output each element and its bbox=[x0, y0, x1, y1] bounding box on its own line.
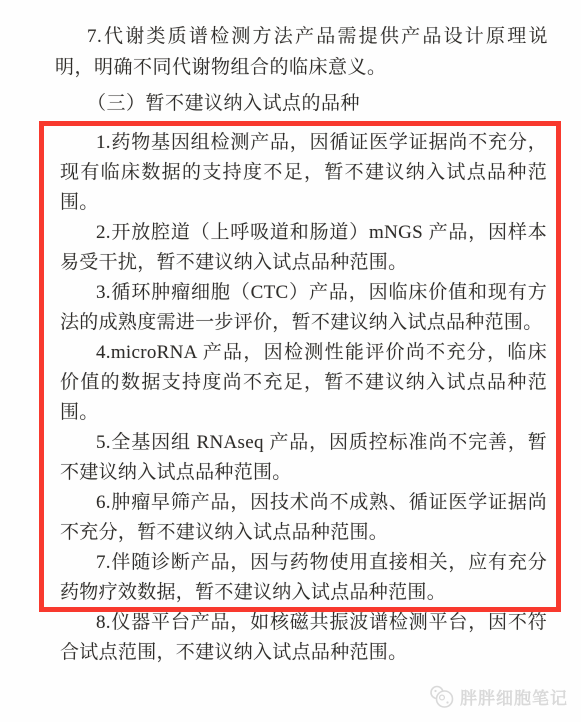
box-item: 6.肿瘤早筛产品，因技术尚不成熟、循证医学证据尚不充分，暂不建议纳入试点品种范围… bbox=[60, 488, 547, 548]
box-item: 8.仪器平台产品，如核磁共振波谱检测平台，因不符合试点范围，不建议纳入试点品种范… bbox=[60, 608, 547, 668]
box-item: 5.全基因组 RNAseq 产品，因质控标准尚不完善，暂不建议纳入试点品种范围。 bbox=[60, 428, 547, 488]
cell-logo-icon bbox=[428, 683, 455, 710]
box-item: 1.药物基因组检测产品，因循证医学证据尚不充分，现有临床数据的支持度不足，暂不建… bbox=[60, 128, 547, 218]
watermark: 胖胖细胞笔记 bbox=[428, 683, 568, 710]
box-item: 2.开放腔道（上呼吸道和肠道）mNGS 产品，因样本易受干扰，暂不建议纳入试点品… bbox=[60, 218, 547, 278]
section-heading: （三）暂不建议纳入试点的品种 bbox=[55, 88, 548, 119]
scanned-document-page: 7.代谢类质谱检测方法产品需提供产品设计原理说明，明确不同代谢物组合的临床意义。… bbox=[0, 0, 581, 722]
intro-paragraph: 7.代谢类质谱检测方法产品需提供产品设计原理说明，明确不同代谢物组合的临床意义。 bbox=[55, 21, 548, 83]
box-item: 7.伴随诊断产品，因与药物使用直接相关，应有充分药物疗效数据，暂不建议纳入试点品… bbox=[60, 548, 547, 608]
watermark-text: 胖胖细胞笔记 bbox=[460, 684, 568, 709]
box-item: 3.循环肿瘤细胞（CTC）产品，因临床价值和现有方法的成熟度需进一步评价，暂不建… bbox=[60, 278, 547, 338]
red-annotation-box: 1.药物基因组检测产品，因循证医学证据尚不充分，现有临床数据的支持度不足，暂不建… bbox=[39, 121, 561, 612]
document-body: 7.代谢类质谱检测方法产品需提供产品设计原理说明，明确不同代谢物组合的临床意义。… bbox=[0, 0, 581, 119]
box-item: 4.microRNA 产品，因检测性能评价尚不充分，临床价值的数据支持度尚不充足… bbox=[60, 338, 547, 428]
